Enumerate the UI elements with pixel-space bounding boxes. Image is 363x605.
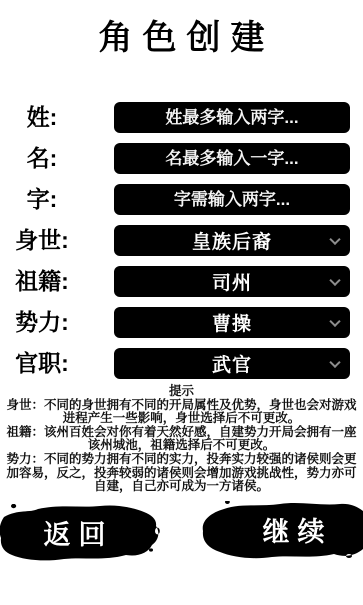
hints-heading: 提示	[5, 385, 358, 399]
chevron-down-icon	[329, 233, 340, 244]
background-select-value: 皇族后裔	[192, 227, 272, 254]
ancestry-select-value: 司州	[212, 268, 252, 295]
form-row-surname: 姓:	[0, 102, 363, 133]
surname-label: 姓:	[0, 102, 84, 133]
form-row-background: 身世: 皇族后裔	[0, 225, 363, 256]
faction-select-value: 曹操	[212, 309, 252, 336]
chevron-down-icon	[329, 274, 340, 285]
back-button[interactable]: 返回	[0, 504, 163, 564]
ancestry-select[interactable]: 司州	[114, 266, 350, 297]
official-post-field: 武官	[114, 348, 350, 379]
form-row-courtesy-name: 字:	[0, 184, 363, 215]
background-label: 身世:	[0, 225, 84, 256]
background-select[interactable]: 皇族后裔	[114, 225, 350, 256]
courtesy-name-field	[114, 184, 350, 215]
ancestry-label: 祖籍:	[0, 266, 84, 297]
surname-field	[114, 102, 350, 133]
background-field: 皇族后裔	[114, 225, 350, 256]
hints-panel: 提示 身世：不同的身世拥有不同的开局属性及优势，身世也会对游戏进程产生一些影响，…	[5, 385, 358, 494]
form-row-official-post: 官职: 武官	[0, 348, 363, 379]
official-post-select-value: 武官	[212, 350, 252, 377]
form-row-given-name: 名:	[0, 143, 363, 174]
hint-faction: 势力：不同的势力拥有不同的实力，投奔实力较强的诸侯则会更加容易，反之，投奔较弱的…	[5, 453, 358, 494]
courtesy-name-input[interactable]	[114, 184, 350, 215]
continue-button[interactable]: 继续	[200, 501, 363, 563]
continue-button-label: 继续	[212, 498, 363, 560]
chevron-down-icon	[329, 315, 340, 326]
courtesy-name-label: 字:	[0, 184, 84, 215]
official-post-label: 官职:	[0, 348, 84, 379]
faction-select[interactable]: 曹操	[114, 307, 350, 338]
ancestry-field: 司州	[114, 266, 350, 297]
creation-form: 姓: 名: 字: 身世: 皇族后裔	[0, 102, 363, 389]
official-post-select[interactable]: 武官	[114, 348, 350, 379]
faction-label: 势力:	[0, 307, 84, 338]
form-row-ancestry: 祖籍: 司州	[0, 266, 363, 297]
given-name-input[interactable]	[114, 143, 350, 174]
faction-field: 曹操	[114, 307, 350, 338]
back-button-label: 返回	[0, 502, 156, 562]
form-row-faction: 势力: 曹操	[0, 307, 363, 338]
hint-ancestry: 祖籍：该州百姓会对你有着天然好感，自建势力开局会拥有一座该州城池，祖籍选择后不可…	[5, 426, 358, 453]
given-name-label: 名:	[0, 143, 84, 174]
surname-input[interactable]	[114, 102, 350, 133]
hint-background: 身世：不同的身世拥有不同的开局属性及优势，身世也会对游戏进程产生一些影响，身世选…	[5, 399, 358, 426]
chevron-down-icon	[329, 356, 340, 367]
page-title: 角色创建	[0, 20, 363, 56]
character-creation-screen: 角色创建 姓: 名: 字: 身世: 皇族后裔	[0, 0, 363, 605]
given-name-field	[114, 143, 350, 174]
